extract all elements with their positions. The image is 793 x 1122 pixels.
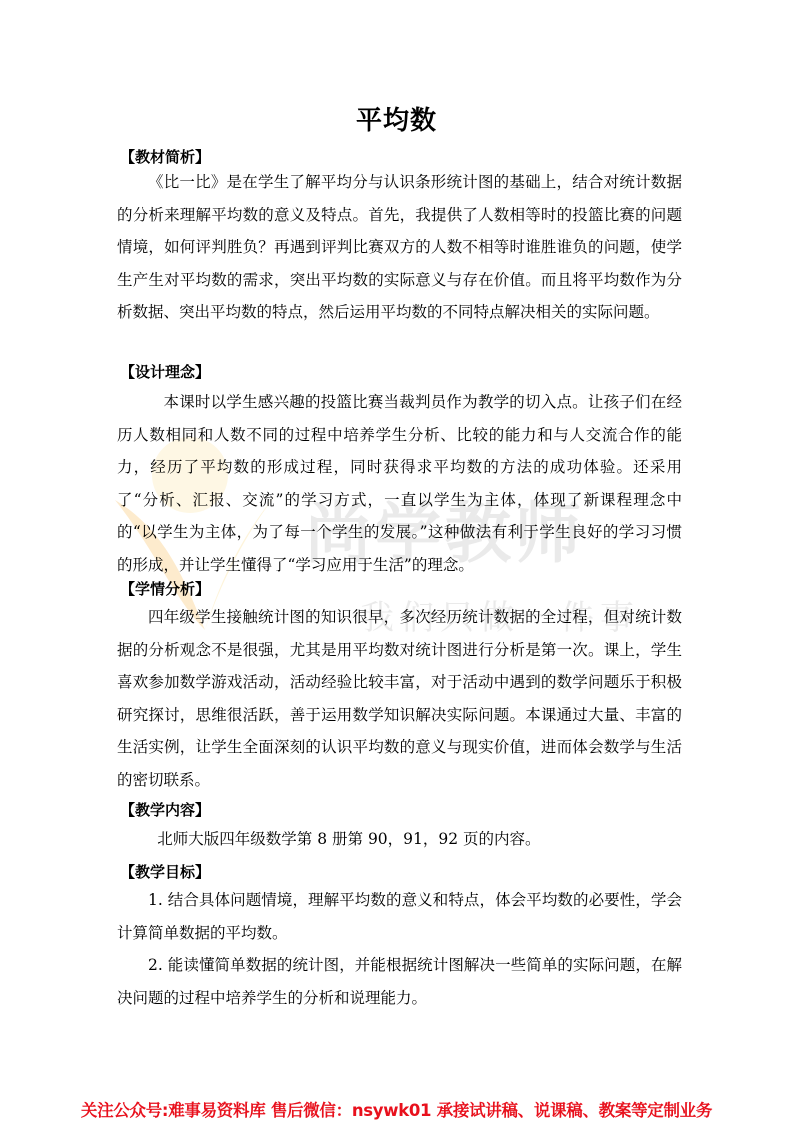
section-heading-textbook-analysis: 【教材简析】 xyxy=(120,146,210,167)
section-paragraph: 《比一比》是在学生了解平均分与认识条形统计图的基础上，结合对统计数据的分析来理解… xyxy=(117,166,682,329)
section-heading-teaching-objectives: 【教学目标】 xyxy=(120,861,210,882)
section-paragraph: 北师大版四年级数学第 8 册第 90，91，92 页的内容。 xyxy=(117,823,682,856)
objective-item: 2. 能读懂简单数据的统计图，并能根据统计图解决一些简单的实际问题，在解决问题的… xyxy=(117,949,682,1014)
section-heading-student-analysis: 【学情分析】 xyxy=(120,578,210,599)
section-paragraph: 四年级学生接触统计图的知识很早，多次经历统计数据的全过程，但对统计数据的分析观念… xyxy=(117,601,682,797)
section-paragraph: 本课时以学生感兴趣的投篮比赛当裁判员作为教学的切入点。让孩子们在经历人数相同和人… xyxy=(117,386,682,582)
section-heading-teaching-content: 【教学内容】 xyxy=(120,799,210,820)
page-title: 平均数 xyxy=(0,100,793,137)
objective-item: 1. 结合具体问题情境，理解平均数的意义和特点，体会平均数的必要性，学会计算简单… xyxy=(117,884,682,949)
document-page: 尚学教师 我们只做一件事 平均数 【教材简析】 《比一比》是在学生了解平均分与认… xyxy=(0,0,793,1122)
footer-promo-text: 关注公众号:难事易资料库 售后微信：nsywk01 承接试讲稿、说课稿、教案等定… xyxy=(0,1097,793,1121)
section-heading-design-concept: 【设计理念】 xyxy=(120,361,210,382)
